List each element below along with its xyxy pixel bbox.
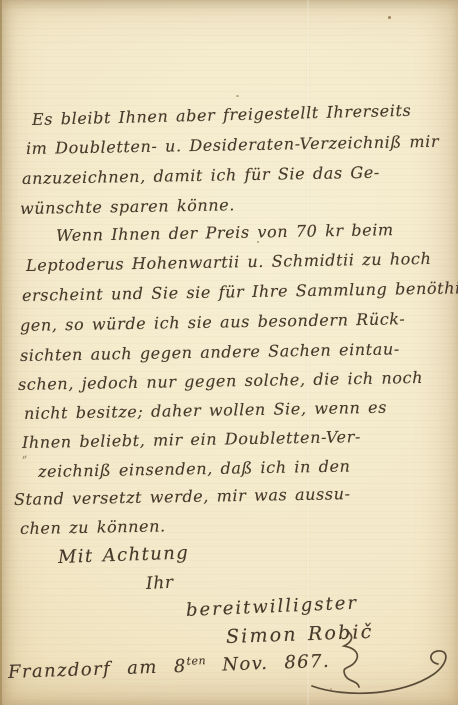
closing-pronoun: Ihr bbox=[145, 573, 174, 594]
handwritten-line: schen, jedoch nur gegen solche, die ich … bbox=[18, 368, 423, 394]
handwritten-line: wünschte sparen könne. bbox=[20, 195, 235, 218]
handwritten-line: im Doubletten- u. Desideraten-Verzeichni… bbox=[26, 132, 439, 158]
dateline-place-day: Franzdorf am 8 bbox=[8, 656, 187, 683]
handwritten-line: Stand versetzt werde, mir was aussu- bbox=[14, 484, 351, 509]
handwritten-line: Wenn Ihnen der Preis von 70 kr beim bbox=[56, 220, 394, 245]
handwritten-line: gen, so würde ich sie aus besondern Rück… bbox=[20, 309, 406, 335]
handwritten-line: sichten auch gegen andere Sachen eintau- bbox=[20, 339, 400, 365]
valediction: Mit Achtung bbox=[58, 542, 190, 568]
letter-scan: Es bleibt Ihnen aber freigestellt Ihrers… bbox=[0, 0, 458, 705]
handwritten-line: Leptoderus Hohenwartii u. Schmidtii zu h… bbox=[26, 249, 432, 275]
handwritten-line: nicht besitze; daher wollen Sie, wenn es bbox=[24, 398, 387, 423]
handwritten-line: Es bleibt Ihnen aber freigestellt Ihrers… bbox=[32, 101, 412, 129]
dateline: Franzdorf am 8ten Nov. 867. bbox=[8, 650, 331, 683]
dateline-ordinal-suffix: ten bbox=[186, 654, 206, 668]
paper-speck bbox=[388, 16, 391, 19]
handwritten-line: erscheint und Sie sie für Ihre Sammlung … bbox=[22, 278, 458, 305]
handwritten-line: zeichniß einsenden, daß ich in den bbox=[38, 457, 351, 481]
dateline-month-year: Nov. 867. bbox=[206, 651, 331, 676]
closing-self-description: bereitwilligster bbox=[186, 593, 359, 621]
handwritten-line: chen zu können. bbox=[20, 516, 166, 538]
handwritten-line: Ihnen beliebt, mir ein Doubletten-Ver- bbox=[22, 427, 361, 452]
paper-speck bbox=[236, 95, 239, 97]
handwritten-line: anzuzeichnen, damit ich für Sie das Ge- bbox=[22, 163, 380, 188]
